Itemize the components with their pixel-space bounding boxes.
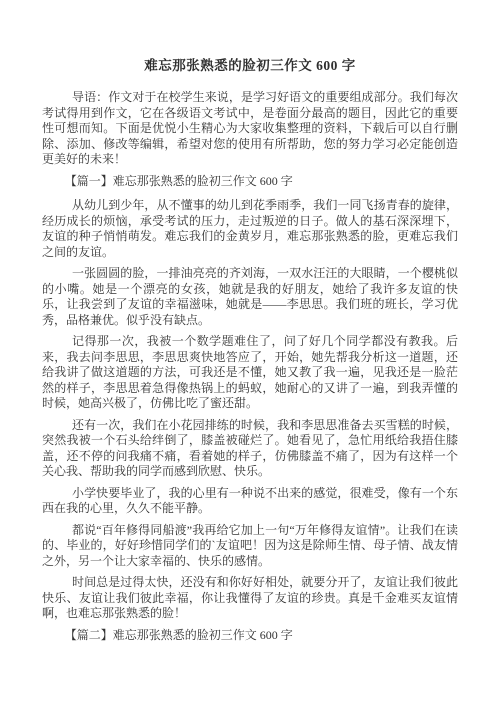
essay-paragraph-6: 都说“百年修得同船渡”我再给它加上一句“万年修得友谊情”。让我们在读的、毕业的，… xyxy=(42,523,458,570)
intro-paragraph: 导语：作文对于在校学生来说，是学习好语文的重要组成部分。我们每次考试得用到作文，… xyxy=(42,90,458,168)
essay-paragraph-3: 记得那一次，我被一个数学题难住了，问了好几个同学都没有教我。后来，我去问李思思，… xyxy=(42,334,458,412)
essay-paragraph-7: 时间总是过得太快，还没有和你好好相处，就要分开了，友谊让我们彼此快乐、友谊让我们… xyxy=(42,575,458,622)
essay-paragraph-4: 还有一次，我们在小花园排练的时候，我和李思思准备去买雪糕的时候，突然我被一个石头… xyxy=(42,418,458,480)
document-page: 难忘那张熟悉的脸初三作文 600 字 导语：作文对于在校学生来说，是学习好语文的… xyxy=(0,0,500,708)
document-title: 难忘那张熟悉的脸初三作文 600 字 xyxy=(42,57,458,75)
essay-paragraph-2: 一张圆圆的脸，一排油亮亮的齐刘海，一双水汪汪的大眼睛，一个樱桃似的小嘴。她是一个… xyxy=(42,266,458,328)
section-1-heading: 【篇一】难忘那张熟悉的脸初三作文 600 字 xyxy=(42,174,458,190)
essay-paragraph-1: 从幼儿到少年，从不懂事的幼儿到花季雨季，我们一同飞扬青春的旋律，经历成长的烦恼，… xyxy=(42,198,458,260)
essay-paragraph-5: 小学快要毕业了，我的心里有一种说不出来的感觉，很难受，像有一个东西在我的心里，久… xyxy=(42,486,458,517)
section-2-heading: 【篇二】难忘那张熟悉的脸初三作文 600 字 xyxy=(42,628,458,644)
